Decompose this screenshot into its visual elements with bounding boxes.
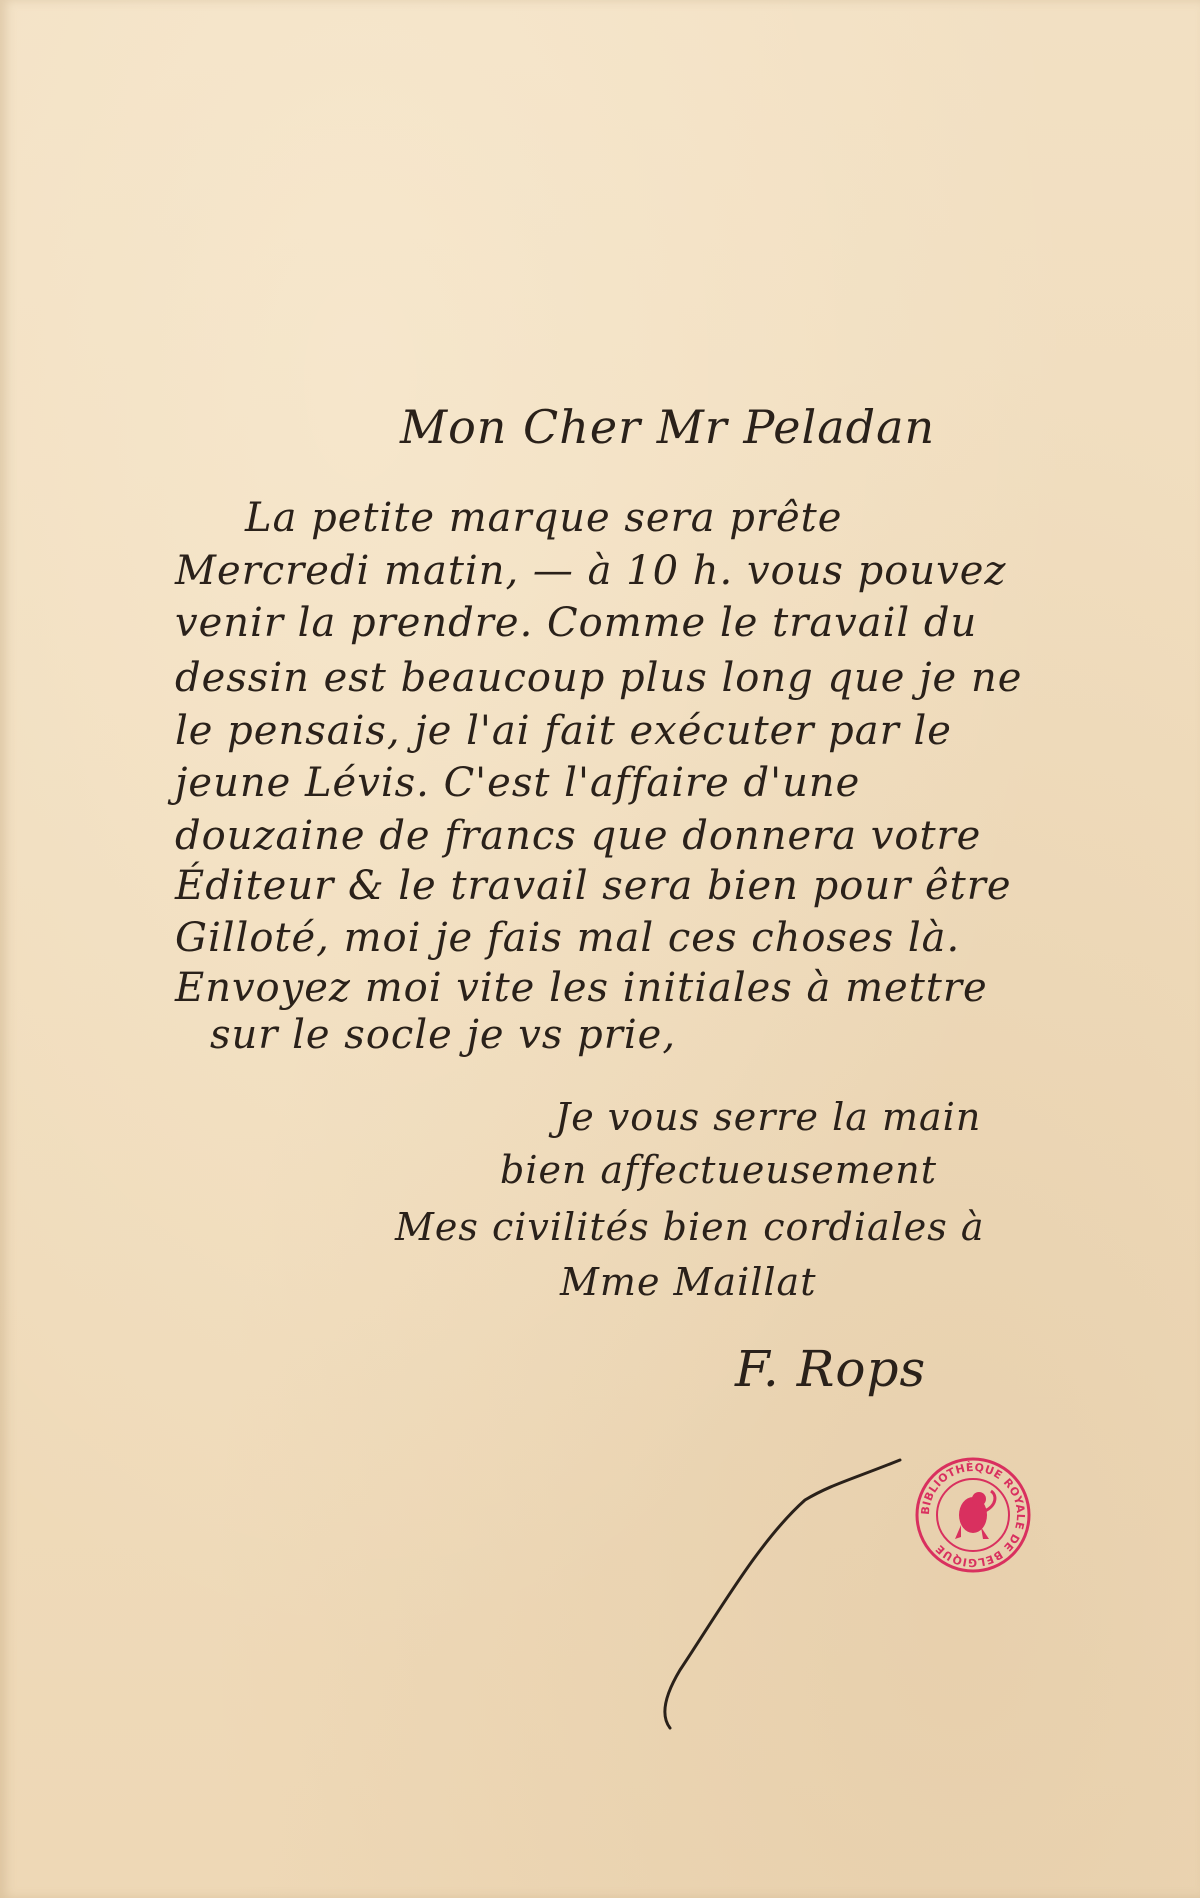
body-line: Mercredi matin, — à 10 h. vous pouvez (175, 548, 1006, 594)
closing-line: Mme Maillat (560, 1260, 816, 1304)
lion-icon (955, 1491, 995, 1539)
closing-line: Mes civilités bien cordiales à (395, 1205, 985, 1249)
closing-line: Je vous serre la main (555, 1095, 981, 1139)
body-line: Éditeur & le travail sera bien pour être (175, 863, 1011, 909)
body-line: le pensais, je l'ai fait exécuter par le (175, 708, 952, 754)
library-stamp: BIBLIOTHÈQUE ROYALE DE BELGIQUE (913, 1455, 1033, 1575)
body-line: venir la prendre. Comme le travail du (175, 600, 977, 646)
body-line: dessin est beaucoup plus long que je ne (175, 655, 1022, 701)
letter-page: Mon Cher Mr Peladan La petite marque ser… (0, 0, 1200, 1898)
body-line: douzaine de francs que donnera votre (175, 813, 981, 859)
body-line: Envoyez moi vite les initiales à mettre (175, 965, 988, 1011)
body-line: Gilloté, moi je fais mal ces choses là. (175, 915, 960, 961)
body-line: jeune Lévis. C'est l'affaire d'une (175, 760, 860, 806)
body-line: La petite marque sera prête (245, 495, 842, 541)
signature-flourish (600, 1370, 920, 1730)
salutation: Mon Cher Mr Peladan (400, 400, 935, 454)
closing-line: bien affectueusement (500, 1148, 937, 1192)
body-line: sur le socle je vs prie, (210, 1012, 676, 1058)
